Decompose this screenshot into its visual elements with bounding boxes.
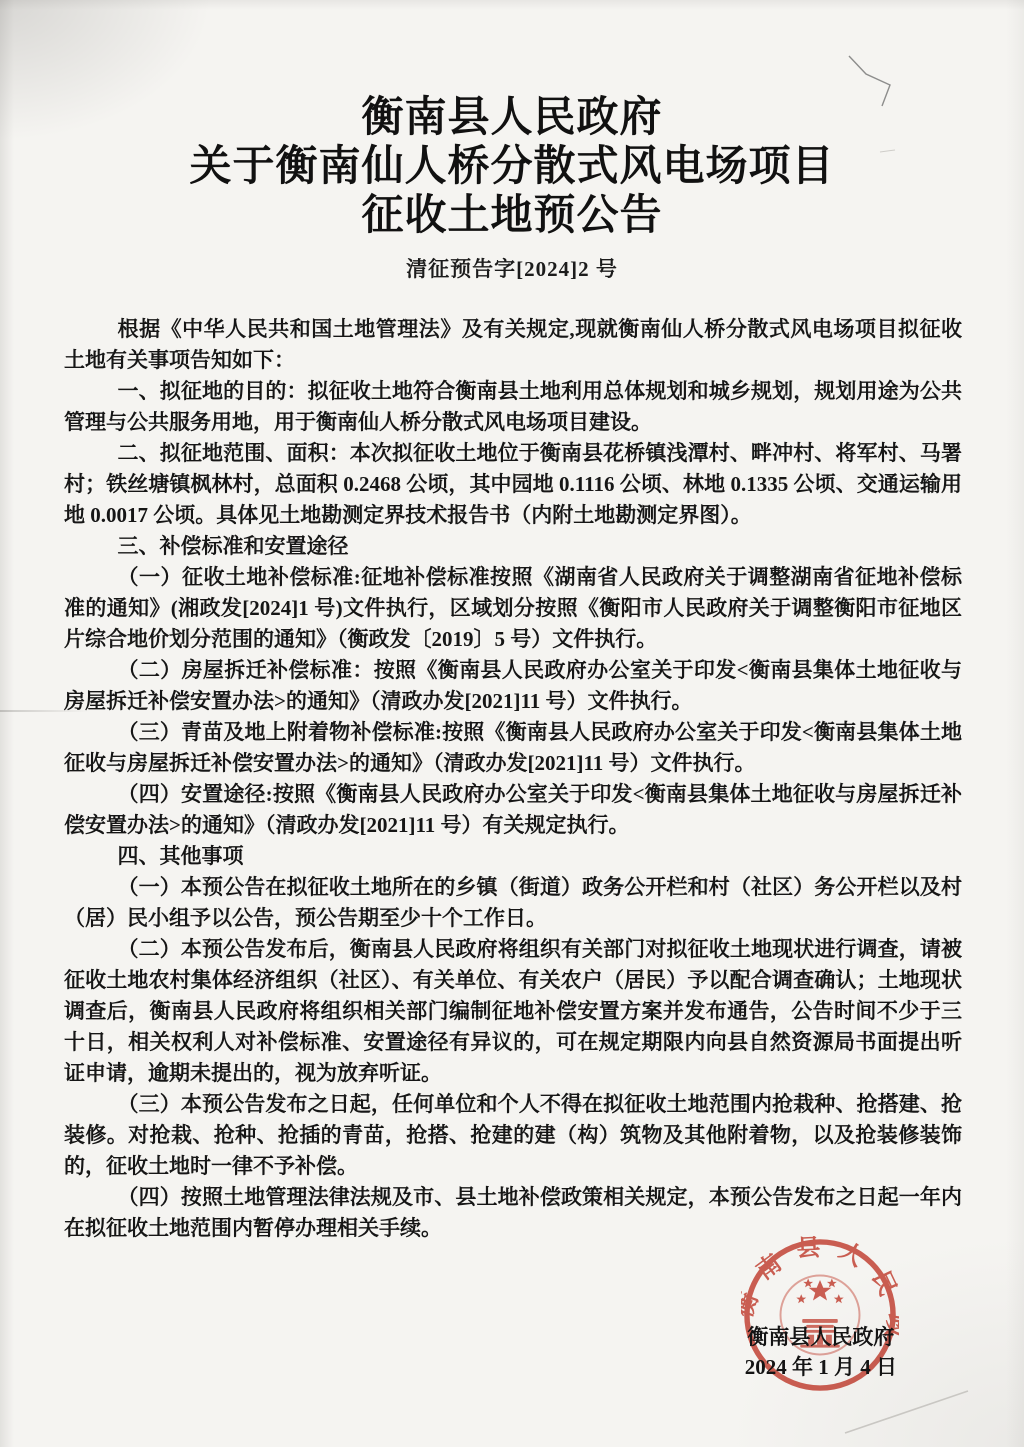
paragraph-other-2: （二）本预公告发布后，衡南县人民政府将组织有关部门对拟征收土地现状进行调查，请被… [64, 934, 962, 1089]
paragraph-scope-area: 二、拟征地范围、面积：本次拟征收土地位于衡南县花桥镇浅潭村、畔冲村、将军村、马署… [64, 438, 962, 531]
signature-block: 衡南县人民政府 2024 年 1 月 4 日 [745, 1322, 897, 1382]
title-line-2: 关于衡南仙人桥分散式风电场项目 [0, 141, 1024, 190]
paragraph-purpose: 一、拟征地的目的：拟征收土地符合衡南县土地利用总体规划和城乡规划，规划用途为公共… [64, 376, 962, 438]
paragraph-intro: 根据《中华人民共和国土地管理法》及有关规定,现就衡南仙人桥分散式风电场项目拟征收… [64, 314, 962, 376]
paragraph-compensation-heading: 三、补偿标准和安置途径 [64, 531, 962, 562]
doc-number: 清征预告字[2024]2 号 [0, 253, 1024, 283]
title-line-1: 衡南县人民政府 [0, 92, 1024, 141]
paragraph-other-heading: 四、其他事项 [64, 841, 962, 872]
document-body: 根据《中华人民共和国土地管理法》及有关规定,现就衡南仙人桥分散式风电场项目拟征收… [64, 314, 962, 1244]
title-line-3: 征收土地预公告 [0, 190, 1024, 239]
paragraph-other-4: （四）按照土地管理法律法规及市、县土地补偿政策相关规定，本预公告发布之日起一年内… [64, 1182, 962, 1244]
signature-name: 衡南县人民政府 [745, 1322, 897, 1352]
paragraph-resettlement: （四）安置途径:按照《衡南县人民政府办公室关于印发<衡南县集体土地征收与房屋拆迁… [64, 779, 962, 841]
scan-scratch [845, 1391, 968, 1433]
paragraph-other-3: （三）本预公告发布之日起，任何单位和个人不得在拟征收土地范围内抢栽种、抢搭建、抢… [64, 1089, 962, 1182]
paragraph-land-standard: （一）征收土地补偿标准:征地补偿标准按照《湖南省人民政府关于调整湖南省征地补偿标… [64, 562, 962, 655]
signature-date: 2024 年 1 月 4 日 [745, 1352, 897, 1382]
document-header: 衡南县人民政府 关于衡南仙人桥分散式风电场项目 征收土地预公告 清征预告字[20… [0, 92, 1024, 283]
document-page: 衡南县人民政府 关于衡南仙人桥分散式风电场项目 征收土地预公告 清征预告字[20… [0, 0, 1024, 1447]
paragraph-house-standard: （二）房屋拆迁补偿标准：按照《衡南县人民政府办公室关于印发<衡南县集体土地征收与… [64, 655, 962, 717]
paragraph-other-1: （一）本预公告在拟征收土地所在的乡镇（街道）政务公开栏和村（社区）务公开栏以及村… [64, 872, 962, 934]
paragraph-crops-standard: （三）青苗及地上附着物补偿标准:按照《衡南县人民政府办公室关于印发<衡南县集体土… [64, 717, 962, 779]
